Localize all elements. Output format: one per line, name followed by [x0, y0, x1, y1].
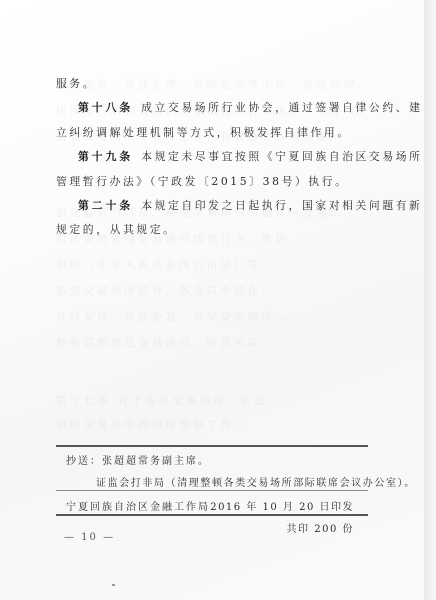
footer-middle-rule [56, 490, 368, 491]
article-number: 第十九条 [78, 150, 133, 163]
paragraph-line: 规定的，从其规定。 [56, 218, 368, 242]
paragraph-line: 立纠纷调解处理机制等方式，积极发挥自律作用。 [56, 121, 368, 145]
paragraph-line: 成立交易场所行业协会，通过签署自律公约、建 [141, 101, 422, 114]
bleed-line: 根据《中华人民共和国公司法》等… [56, 252, 366, 278]
footer-bottom-rule [56, 514, 368, 516]
article-20: 第二十条本规定自印发之日起执行，国家对相关问题有新 [56, 194, 368, 218]
article-19: 第十九条本规定未尽事宜按照《宁夏回族自治区交易场所 [56, 145, 368, 169]
bleed-line: 加强交易场所监管，各成员单位在… [56, 278, 366, 304]
cc-label: 抄送： [66, 456, 102, 467]
bleed-line: 整顿清理规范交易场所，防范风险… [56, 330, 366, 356]
cc-recipients-line1: 抄送：张超超常务副主席。 [66, 452, 210, 467]
bleed-line: 做好交易场所的清理整顿工作… [56, 412, 366, 438]
issue-date: 2016 年 10 月 20 日印发 [210, 498, 354, 513]
cc-recipients-line2: 证监会打非局（清理整顿各类交易场所部际联席会议办公室）。 [96, 474, 416, 489]
footer-top-rule [56, 445, 368, 447]
article-18: 第十八条成立交易场所行业协会，通过签署自律公约、建 [56, 96, 368, 120]
bleed-line: 第十七条 对于违规交易场所，依法… [56, 388, 366, 414]
page-number: — 10 — [64, 532, 115, 543]
issuing-authority: 宁夏回族自治区金融工作局 [66, 498, 210, 513]
paragraph-line: 本规定未尽事宜按照《宁夏回族自治区交易场所 [141, 150, 422, 163]
print-copies: 共印 200 份 [287, 520, 354, 535]
document-page: 协同监管，依法处理，及时处置等工作，依法依规… 规律运行的相关部门，依法按照有关… [0, 0, 425, 600]
article-number: 第十八条 [78, 101, 133, 114]
document-body: 服务。 第十八条成立交易场所行业协会，通过签署自律公约、建 立纠纷调解处理机制等… [56, 72, 368, 243]
paragraph-line: 本规定自印发之日起执行，国家对相关问题有新 [141, 199, 422, 212]
bleed-line: 及时发现，依法处置，引导交易场所… [56, 304, 366, 330]
cc-recipient: 张超超常务副主席。 [102, 456, 210, 467]
page-edge-shadow [424, 0, 436, 600]
article-number: 第二十条 [78, 199, 133, 212]
scan-speck [112, 584, 115, 586]
paragraph-line: 服务。 [56, 72, 368, 96]
paragraph-line: 管理暂行办法》（宁政发〔2015〕38号）执行。 [56, 170, 368, 194]
